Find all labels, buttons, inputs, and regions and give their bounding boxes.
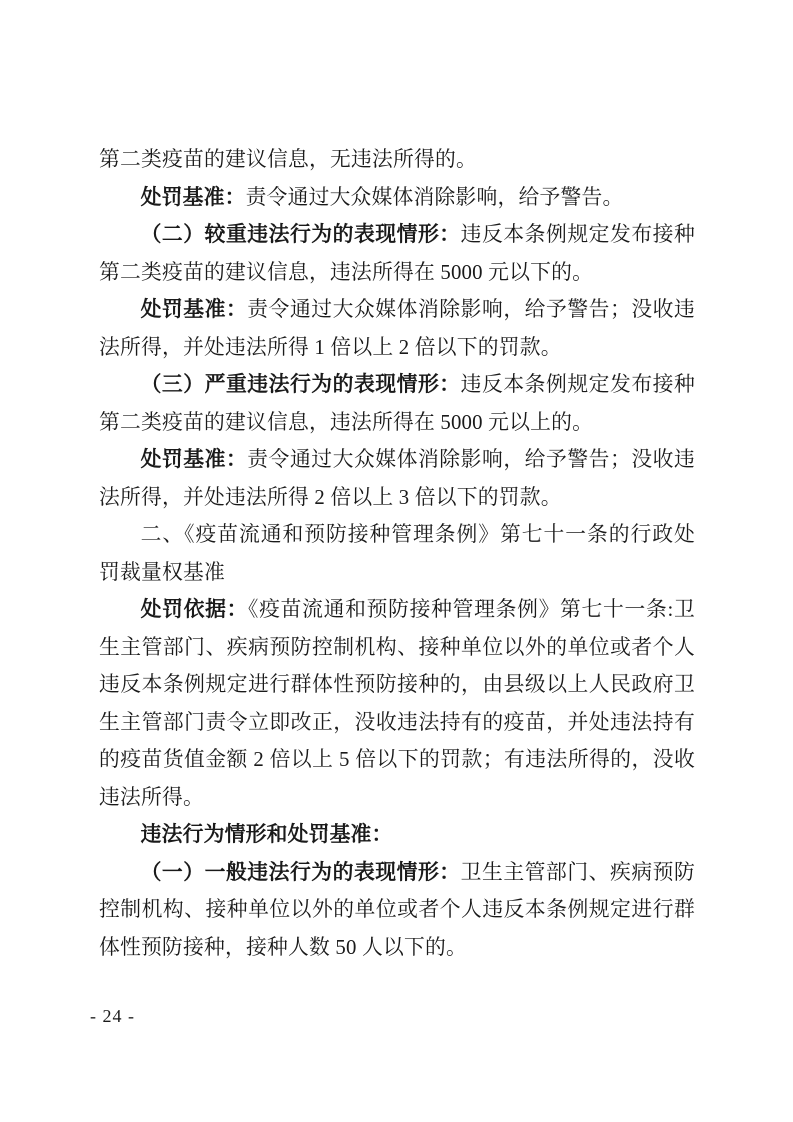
paragraph: 二、《疫苗流通和预防接种管理条例》第七十一条的行政处罚裁量权基准	[99, 516, 695, 591]
heading-segment: 处罚基准：	[141, 448, 248, 471]
paragraph: （一）一般违法行为的表现情形：卫生主管部门、疾病预防控制机构、接种单位以外的单位…	[99, 854, 695, 967]
paragraph: 处罚基准：责令通过大众媒体消除影响，给予警告。	[99, 179, 695, 217]
text-segment: 二、《疫苗流通和预防接种管理条例》第七十一条的行政处罚裁量权基准	[99, 523, 695, 584]
document-body: 第二类疫苗的建议信息，无违法所得的。处罚基准：责令通过大众媒体消除影响，给予警告…	[99, 141, 695, 966]
heading-segment: 违法行为情形和处罚基准：	[141, 823, 393, 846]
heading-segment: 处罚基准：	[141, 186, 246, 209]
heading-segment: （一）一般违法行为的表现情形：	[141, 861, 461, 884]
paragraph: 处罚基准：责令通过大众媒体消除影响，给予警告；没收违法所得，并处违法所得 2 倍…	[99, 441, 695, 516]
heading-segment: （三）严重违法行为的表现情形：	[141, 373, 461, 396]
heading-segment: 处罚依据：	[141, 598, 248, 621]
paragraph: 违法行为情形和处罚基准：	[99, 816, 695, 854]
text-segment: 责令通过大众媒体消除影响，给予警告。	[246, 186, 624, 209]
paragraph: （二）较重违法行为的表现情形：违反本条例规定发布接种第二类疫苗的建议信息，违法所…	[99, 216, 695, 291]
paragraph: （三）严重违法行为的表现情形：违反本条例规定发布接种第二类疫苗的建议信息，违法所…	[99, 366, 695, 441]
text-segment: 第二类疫苗的建议信息，无违法所得的。	[99, 148, 477, 171]
paragraph: 处罚依据：《疫苗流通和预防接种管理条例》第七十一条:卫生主管部门、疾病预防控制机…	[99, 591, 695, 816]
heading-segment: （二）较重违法行为的表现情形：	[141, 223, 461, 246]
document-page: 第二类疫苗的建议信息，无违法所得的。处罚基准：责令通过大众媒体消除影响，给予警告…	[0, 0, 793, 1122]
paragraph: 处罚基准：责令通过大众媒体消除影响，给予警告；没收违法所得，并处违法所得 1 倍…	[99, 291, 695, 366]
text-segment: 《疫苗流通和预防接种管理条例》第七十一条:卫生主管部门、疾病预防控制机构、接种单…	[99, 598, 695, 809]
heading-segment: 处罚基准：	[141, 298, 248, 321]
paragraph: 第二类疫苗的建议信息，无违法所得的。	[99, 141, 695, 179]
page-number: - 24 -	[90, 1003, 135, 1029]
